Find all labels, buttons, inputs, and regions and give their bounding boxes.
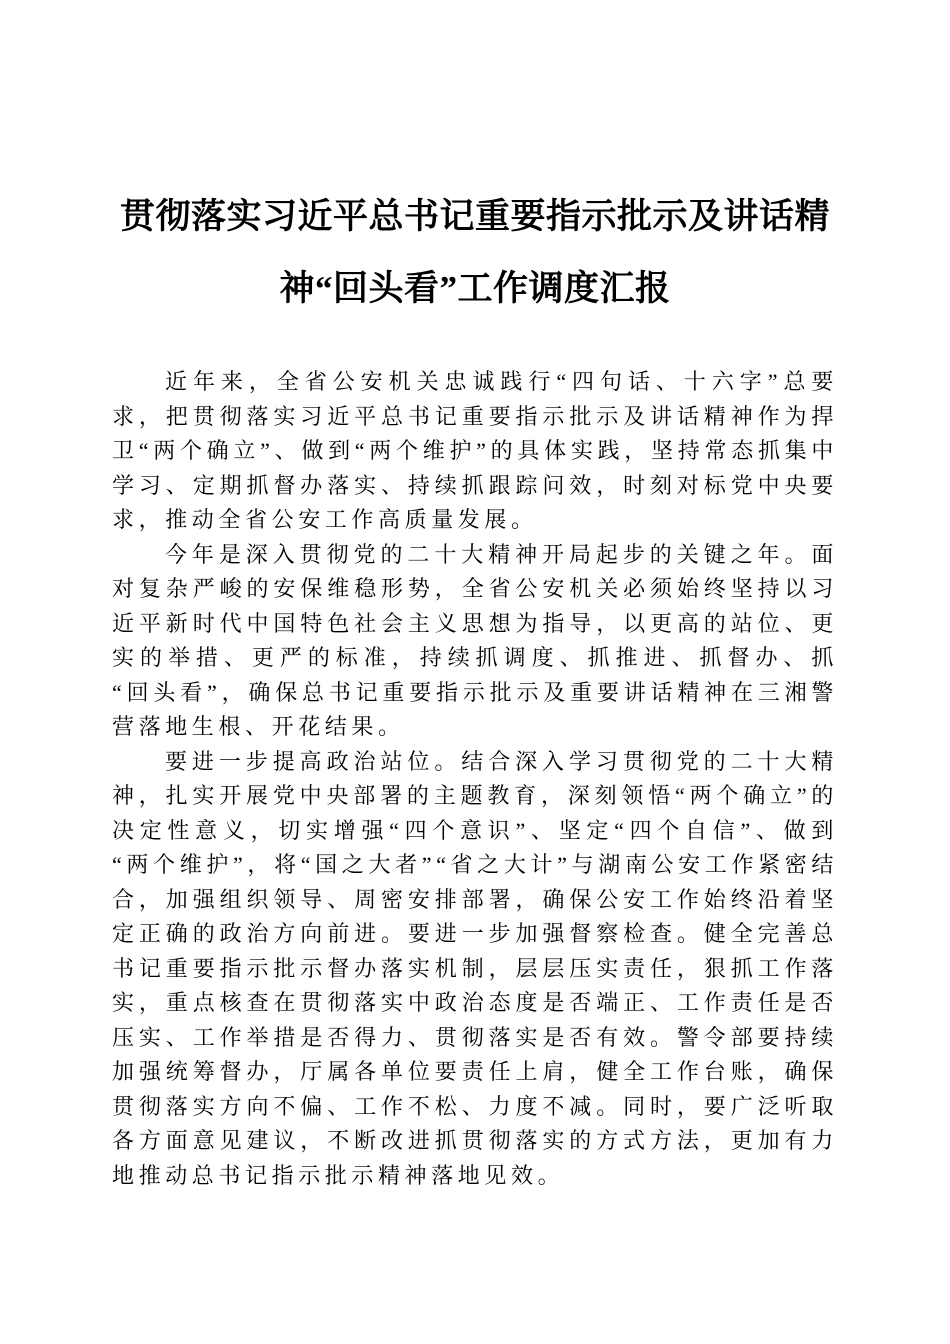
document-body: 近年来，全省公安机关忠诚践行“四句话、十六字”总要求，把贯彻落实习近平总书记重要… (112, 365, 838, 1193)
document-title-line-2: 神“回头看”工作调度汇报 (279, 269, 670, 308)
document-page: 贯彻落实习近平总书记重要指示批示及讲话精 神“回头看”工作调度汇报 近年来，全省… (0, 0, 950, 1344)
document-title: 贯彻落实习近平总书记重要指示批示及讲话精 神“回头看”工作调度汇报 (58, 181, 892, 325)
document-paragraph: 近年来，全省公安机关忠诚践行“四句话、十六字”总要求，把贯彻落实习近平总书记重要… (112, 365, 838, 538)
document-title-line-1: 贯彻落实习近平总书记重要指示批示及讲话精 (120, 197, 830, 236)
document-paragraph: 要进一步提高政治站位。结合深入学习贯彻党的二十大精神，扎实开展党中央部署的主题教… (112, 745, 838, 1194)
document-paragraph: 今年是深入贯彻党的二十大精神开局起步的关键之年。面对复杂严峻的安保维稳形势，全省… (112, 538, 838, 745)
